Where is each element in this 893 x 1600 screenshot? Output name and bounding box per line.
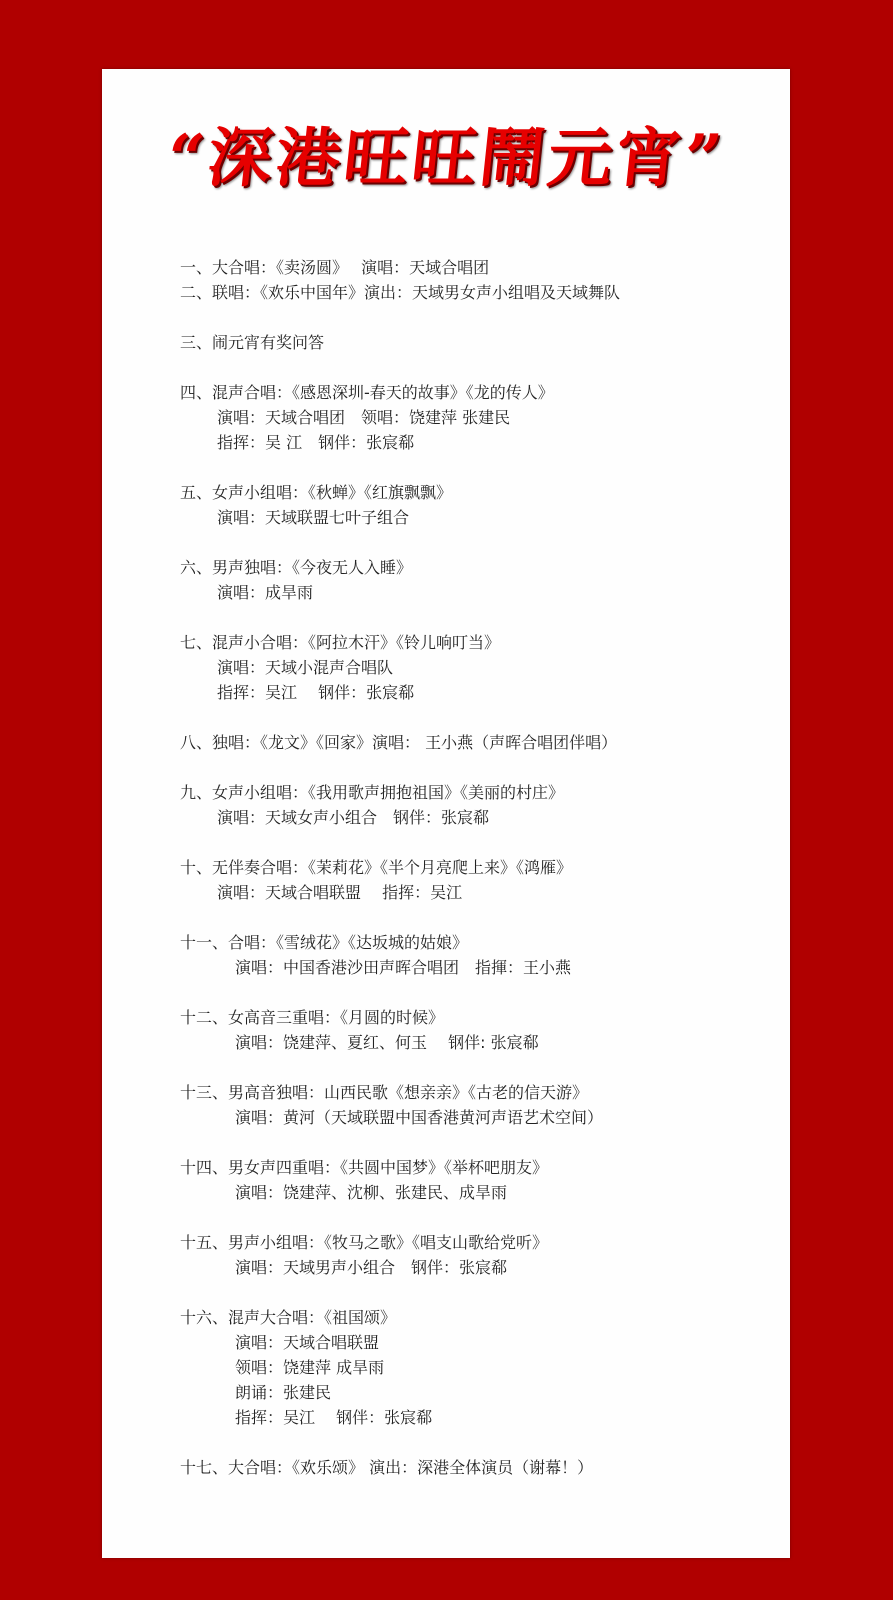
item-heading: 男声独唱：《今夜无人入睡》	[212, 555, 412, 580]
item-heading: 大合唱：《卖汤圆》 演唱：天域合唱团	[212, 255, 489, 280]
item-heading: 男高音独唱：山西民歌《想亲亲》《古老的信天游》	[228, 1080, 588, 1105]
item-heading: 男声小组唱：《牧马之歌》《唱支山歌给党听》	[228, 1230, 548, 1255]
item-number: 十三、	[180, 1080, 228, 1105]
item-detail: 指挥：吴江 钢伴：张宸郗	[180, 1405, 780, 1430]
item-number: 十、	[180, 855, 212, 880]
program-item: 四、混声合唱：《感恩深圳-春天的故事》《龙的传人》 演唱：天域合唱团 领唱：饶建…	[180, 380, 780, 455]
program-item: 五、女声小组唱：《秋蝉》《红旗飘飘》 演唱：天域联盟七叶子组合	[180, 480, 780, 530]
item-heading: 女声小组唱：《秋蝉》《红旗飘飘》	[212, 480, 452, 505]
item-number: 四、	[180, 380, 212, 405]
event-title: “深港旺旺鬧元宵”	[98, 119, 794, 199]
program-item: 六、男声独唱：《今夜无人入睡》 演唱：成旱雨	[180, 555, 780, 605]
item-heading: 混声小合唱：《阿拉木汗》《铃儿响叮当》	[212, 630, 500, 655]
item-heading: 闹元宵有奖问答	[212, 330, 324, 355]
program-item: 十四、男女声四重唱：《共圆中国梦》《举杯吧朋友》 演唱：饶建萍、沈柳、张建民、成…	[180, 1155, 780, 1205]
item-heading: 无伴奏合唱：《茉莉花》《半个月亮爬上来》《鸿雁》	[212, 855, 572, 880]
item-detail: 演唱：天域小混声合唱队	[180, 655, 780, 680]
item-number: 一、	[180, 255, 212, 280]
item-detail: 演唱：天域合唱联盟	[180, 1330, 780, 1355]
item-heading: 混声合唱：《感恩深圳-春天的故事》《龙的传人》	[212, 380, 554, 405]
item-number: 八、	[180, 730, 212, 755]
item-detail: 演唱：天域女声小组合 钢伴：张宸郗	[180, 805, 780, 830]
item-heading: 男女声四重唱：《共圆中国梦》《举杯吧朋友》	[228, 1155, 548, 1180]
item-heading: 独唱：《龙文》《回家》演唱： 王小燕（声晖合唱团伴唱）	[212, 730, 617, 755]
program-item: 十七、大合唱：《欢乐颂》 演出：深港全体演员（谢幕！）	[180, 1455, 780, 1480]
item-detail: 演唱：黄河（天域联盟中国香港黄河声语艺术空间）	[180, 1105, 780, 1130]
item-number: 十四、	[180, 1155, 228, 1180]
item-detail: 演唱：饶建萍、沈柳、张建民、成旱雨	[180, 1180, 780, 1205]
item-number: 十六、	[180, 1305, 228, 1330]
program-item: 十、无伴奏合唱：《茉莉花》《半个月亮爬上来》《鸿雁》 演唱：天域合唱联盟 指挥：…	[180, 855, 780, 905]
program-panel: “深港旺旺鬧元宵” 一、大合唱：《卖汤圆》 演唱：天域合唱团 二、联唱：《欢乐中…	[102, 69, 790, 1558]
program-item: 一、大合唱：《卖汤圆》 演唱：天域合唱团	[180, 255, 780, 280]
item-heading: 合唱：《雪绒花》《达坂城的姑娘》	[228, 930, 468, 955]
item-number: 十五、	[180, 1230, 228, 1255]
item-number: 十七、	[180, 1455, 228, 1480]
program-item: 十一、合唱：《雪绒花》《达坂城的姑娘》 演唱：中国香港沙田声晖合唱团 指揮：王小…	[180, 930, 780, 980]
item-detail: 演唱：中国香港沙田声晖合唱团 指揮：王小燕	[180, 955, 780, 980]
program-item: 十二、女高音三重唱：《月圆的时候》 演唱：饶建萍、夏红、何玉 钢伴: 张宸郗	[180, 1005, 780, 1055]
item-heading: 混声大合唱：《祖国颂》	[228, 1305, 396, 1330]
item-number: 十二、	[180, 1005, 228, 1030]
item-heading: 女声小组唱：《我用歌声拥抱祖国》《美丽的村庄》	[212, 780, 564, 805]
program-item: 十三、男高音独唱：山西民歌《想亲亲》《古老的信天游》 演唱：黄河（天域联盟中国香…	[180, 1080, 780, 1130]
item-detail: 指挥：吴江 钢伴：张宸郗	[180, 680, 780, 705]
item-number: 七、	[180, 630, 212, 655]
item-detail: 演唱：天域合唱联盟 指挥：吴江	[180, 880, 780, 905]
item-heading: 大合唱：《欢乐颂》 演出：深港全体演员（谢幕！）	[228, 1455, 593, 1480]
program-item: 九、女声小组唱：《我用歌声拥抱祖国》《美丽的村庄》 演唱：天域女声小组合 钢伴：…	[180, 780, 780, 830]
program-item: 八、独唱：《龙文》《回家》演唱： 王小燕（声晖合唱团伴唱）	[180, 730, 780, 755]
program-item: 二、联唱：《欢乐中国年》演出：天域男女声小组唱及天域舞队	[180, 280, 780, 305]
item-detail: 演唱：天域男声小组合 钢伴：张宸郗	[180, 1255, 780, 1280]
item-detail: 指挥：吴 江 钢伴：张宸郗	[180, 430, 780, 455]
item-detail: 领唱：饶建萍 成旱雨	[180, 1355, 780, 1380]
program-list: 一、大合唱：《卖汤圆》 演唱：天域合唱团 二、联唱：《欢乐中国年》演出：天域男女…	[180, 255, 780, 1505]
item-heading: 女高音三重唱：《月圆的时候》	[228, 1005, 444, 1030]
item-number: 十一、	[180, 930, 228, 955]
item-number: 六、	[180, 555, 212, 580]
item-detail: 演唱：饶建萍、夏红、何玉 钢伴: 张宸郗	[180, 1030, 780, 1055]
item-detail: 演唱：天域联盟七叶子组合	[180, 505, 780, 530]
item-detail: 演唱：成旱雨	[180, 580, 780, 605]
program-item: 十六、混声大合唱：《祖国颂》 演唱：天域合唱联盟 领唱：饶建萍 成旱雨 朗诵：张…	[180, 1305, 780, 1430]
program-item: 十五、男声小组唱：《牧马之歌》《唱支山歌给党听》 演唱：天域男声小组合 钢伴：张…	[180, 1230, 780, 1280]
item-detail: 演唱：天域合唱团 领唱：饶建萍 张建民	[180, 405, 780, 430]
item-number: 五、	[180, 480, 212, 505]
item-number: 二、	[180, 280, 212, 305]
item-detail: 朗诵：张建民	[180, 1380, 780, 1405]
program-item: 三、闹元宵有奖问答	[180, 330, 780, 355]
program-item: 七、混声小合唱：《阿拉木汗》《铃儿响叮当》 演唱：天域小混声合唱队 指挥：吴江 …	[180, 630, 780, 705]
item-number: 三、	[180, 330, 212, 355]
item-number: 九、	[180, 780, 212, 805]
item-heading: 联唱：《欢乐中国年》演出：天域男女声小组唱及天域舞队	[212, 280, 620, 305]
